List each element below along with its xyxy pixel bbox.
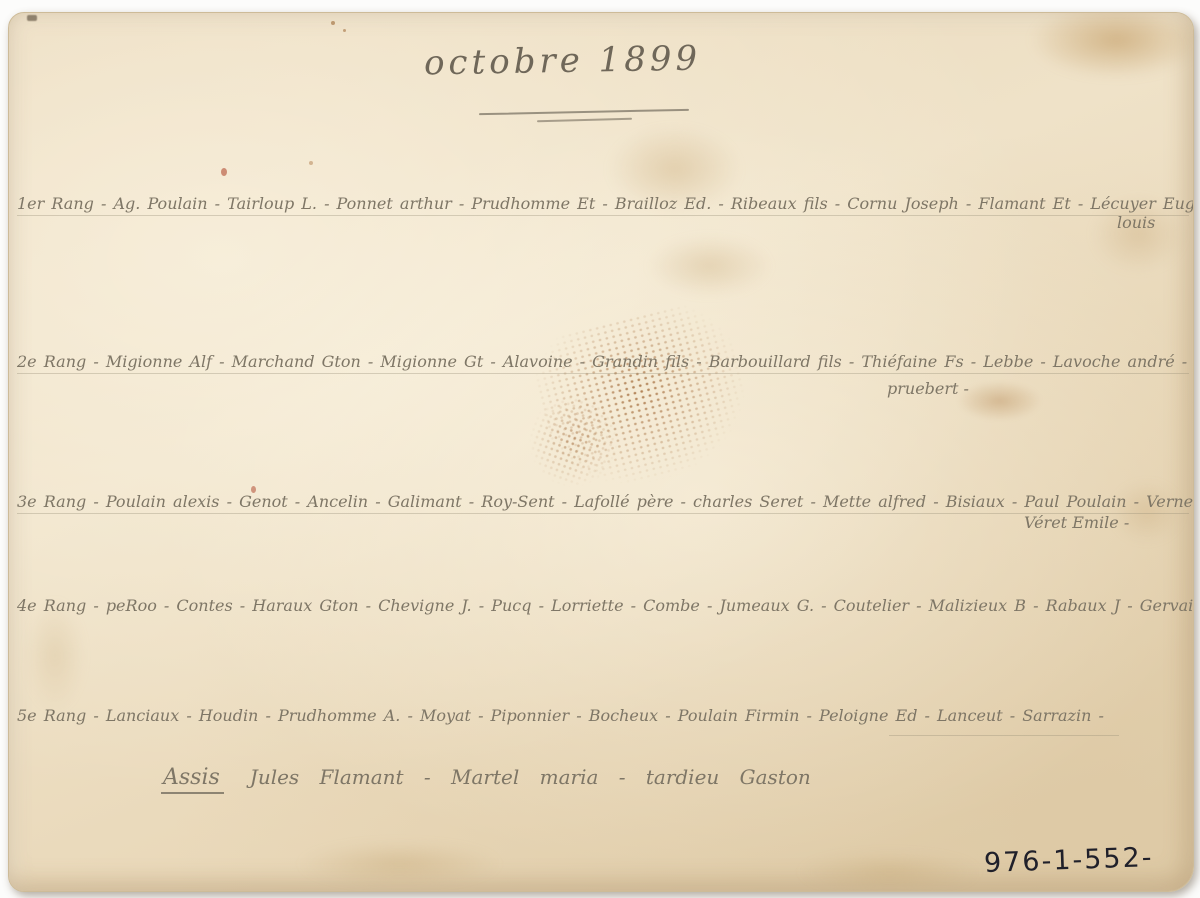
stain-row2-end xyxy=(957,381,1042,421)
rang-3-label: 3e Rang xyxy=(17,492,86,511)
rang-4-label: 4e Rang xyxy=(17,596,86,615)
stain-top-right xyxy=(1029,12,1194,79)
rang-1-label: 1er Rang xyxy=(17,194,94,213)
foxing-speckle-patch xyxy=(525,294,764,504)
rang-2-label: 2e Rang xyxy=(17,352,86,371)
assis-label: Assis xyxy=(161,765,224,794)
title-underline-flourish xyxy=(479,105,694,125)
flourish-stroke xyxy=(537,118,632,122)
rang-row-1: 1er Rang - Ag. Poulain - Tairloup L. - P… xyxy=(17,185,1183,223)
stain-upper-middle xyxy=(647,235,772,297)
rang-row-3: 3e Rang - Poulain alexis - Genot - Ancel… xyxy=(17,483,1183,521)
faint-rule-after-row5 xyxy=(889,735,1119,736)
assis-row: AssisJules Flamant - Martel maria - tard… xyxy=(161,765,811,794)
inventory-number: 976-1-552- xyxy=(984,842,1154,879)
brown-speck xyxy=(331,21,335,25)
rang-row-5: 5e Rang - Lanciaux - Houdin - Prudhomme … xyxy=(17,697,1183,735)
separator: - xyxy=(86,492,106,511)
brown-speck xyxy=(343,29,346,32)
rang-row-4: 4e Rang - peRoo - Contes - Haraux Gton -… xyxy=(17,587,1183,625)
rang-2-names: Migionne Alf - Marchand Gton - Migionne … xyxy=(106,352,1194,371)
assis-names: Jules Flamant - Martel maria - tardieu G… xyxy=(250,765,811,789)
postcard-back: octobre 1899 1er Rang - Ag. Poulain - Ta… xyxy=(8,12,1194,892)
separator: - xyxy=(86,706,106,725)
rang-1-continuation: louis xyxy=(1117,213,1155,232)
handwritten-title: octobre 1899 xyxy=(424,39,702,84)
rang-5-names: Lanciaux - Houdin - Prudhomme A. - Moyat… xyxy=(106,706,1104,725)
rang-5-label: 5e Rang xyxy=(17,706,86,725)
corner-chip xyxy=(27,15,37,21)
rang-3-names: Poulain alexis - Genot - Ancelin - Galim… xyxy=(106,492,1194,511)
flourish-stroke xyxy=(479,109,689,115)
separator: - xyxy=(94,194,114,213)
brown-speck xyxy=(309,161,313,165)
separator: - xyxy=(86,596,106,615)
separator: - xyxy=(86,352,106,371)
rang-4-names: peRoo - Contes - Haraux Gton - Chevigne … xyxy=(106,596,1194,615)
rang-2-continuation: pruebert - xyxy=(887,379,969,398)
stain-bottom-left xyxy=(297,841,502,887)
rang-3-continuation: Véret Emile - xyxy=(1024,513,1129,532)
stain-bottom-right xyxy=(797,851,982,892)
red-speck xyxy=(221,168,227,176)
rang-1-names: Ag. Poulain - Tairloup L. - Ponnet arthu… xyxy=(113,194,1194,213)
rang-row-2: 2e Rang - Migionne Alf - Marchand Gton -… xyxy=(17,343,1183,381)
